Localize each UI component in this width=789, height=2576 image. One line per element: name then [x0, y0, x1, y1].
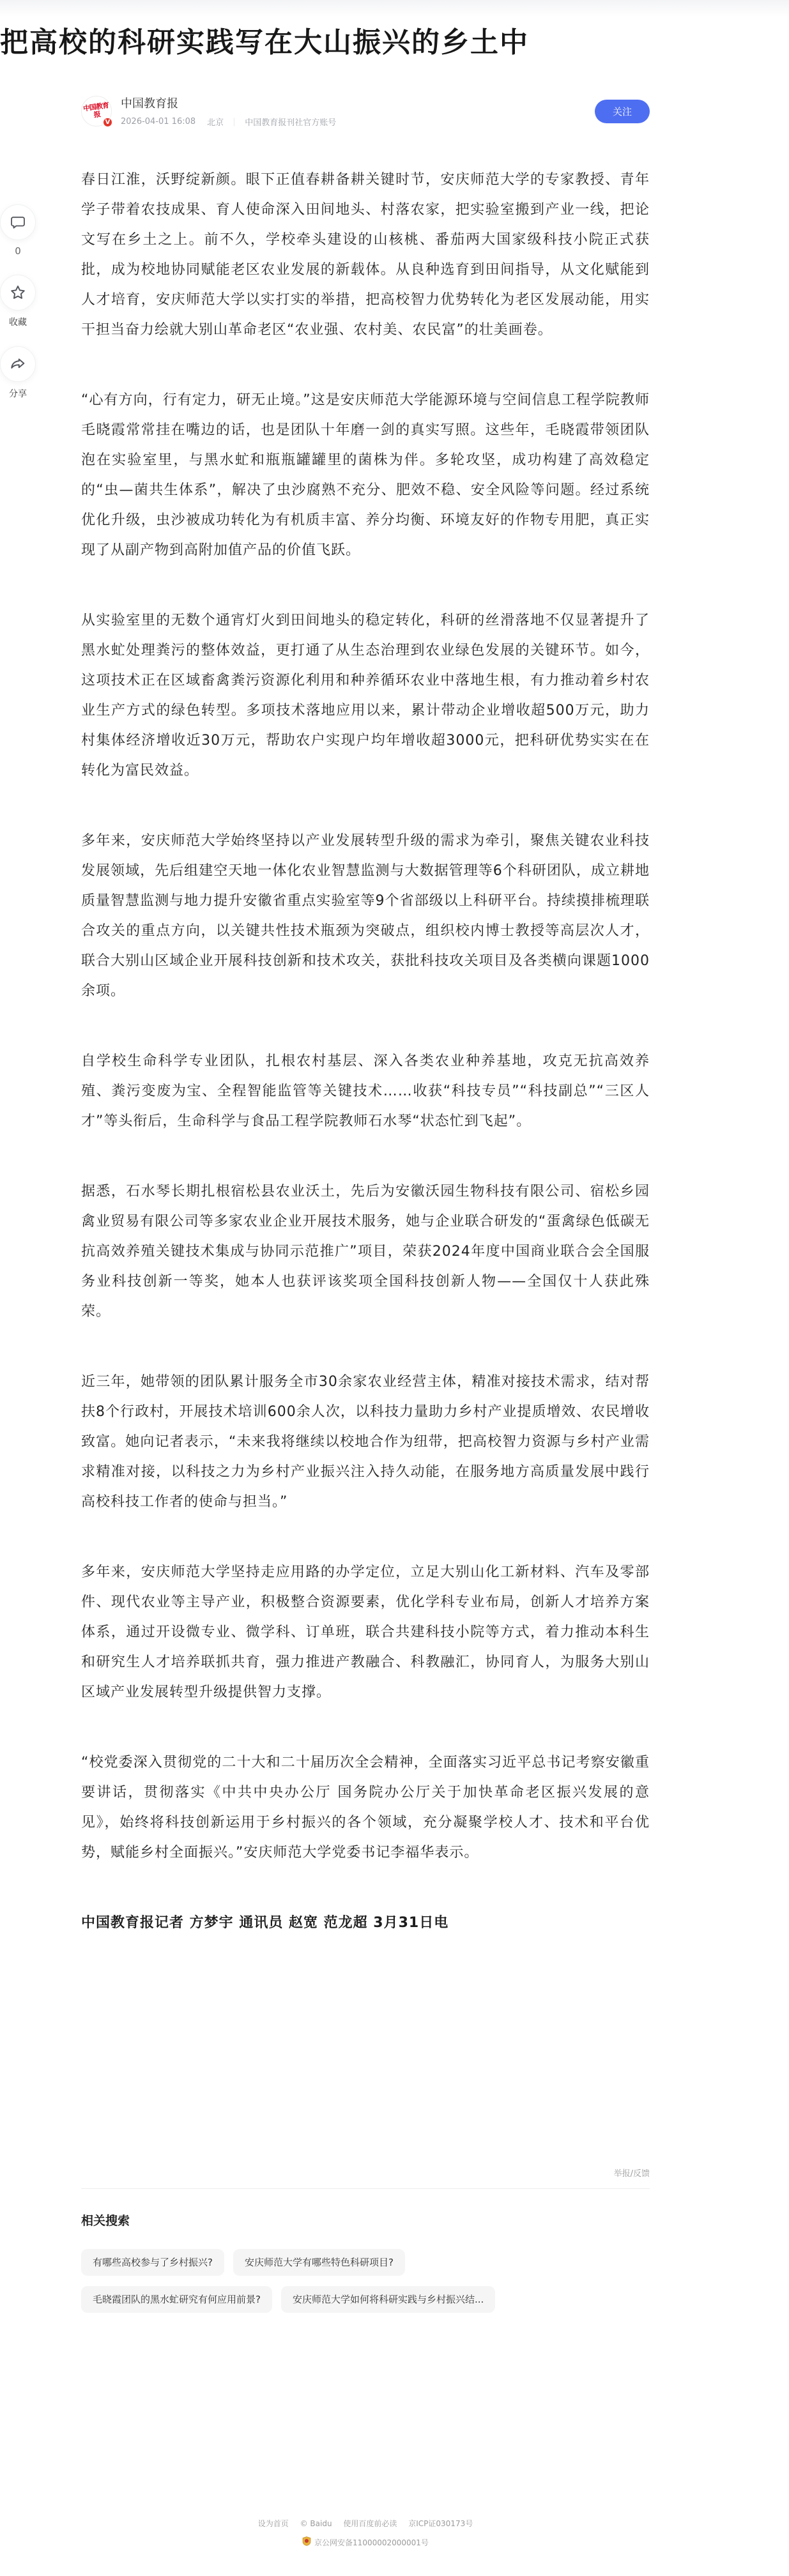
related-search-title: 相关搜索: [81, 2211, 650, 2229]
report-row: 举报/反馈: [81, 2167, 650, 2179]
follow-button[interactable]: 关注: [595, 100, 650, 123]
security-record-line: 京公网安备11000002000001号: [81, 2536, 650, 2548]
icp-license-link[interactable]: 京ICP证030173号: [408, 2519, 473, 2528]
related-chip-row: 毛晓霞团队的黑水虻研究有何应用前景? 安庆师范大学如何将科研实践与乡村振兴结..…: [81, 2286, 650, 2313]
share-label: 分享: [9, 387, 27, 400]
publisher-avatar[interactable]: 中国教育报 V: [81, 96, 112, 126]
before-use-link[interactable]: 使用百度前必读: [343, 2519, 397, 2528]
paragraph: 春日江淮，沃野绽新颜。眼下正值春耕备耕关键时节，安庆师范大学的专家教授、青年学子…: [81, 165, 650, 345]
comment-action: 0: [0, 204, 36, 257]
share-action: 分享: [0, 346, 36, 400]
copyright-text: © Baidu: [300, 2519, 332, 2528]
publisher-name[interactable]: 中国教育报: [121, 95, 595, 111]
comment-button[interactable]: [0, 204, 36, 240]
publisher-info: 中国教育报 2026-04-01 16:08 北京 ｜ 中国教育报刊社官方账号: [121, 95, 595, 128]
byline: 中国教育报记者 方梦宇 通讯员 赵宽 范龙超 3月31日电: [81, 1908, 650, 1938]
favorite-label: 收藏: [9, 316, 27, 328]
paragraph: “校党委深入贯彻党的二十大和二十届历次全会精神，全面落实习近平总书记考察安徽重要…: [81, 1748, 650, 1868]
publisher-header: 中国教育报 V 中国教育报 2026-04-01 16:08 北京 ｜ 中国教育…: [81, 95, 650, 128]
share-button[interactable]: [0, 346, 36, 382]
set-home-link[interactable]: 设为首页: [258, 2519, 289, 2528]
paragraph: 自学校生命科学专业团队，扎根农村基层、深入各类农业种养基地，攻克无抗高效养殖、粪…: [81, 1046, 650, 1136]
related-search-chip[interactable]: 安庆师范大学有哪些特色科研项目?: [233, 2249, 405, 2276]
section-divider: [81, 2188, 650, 2189]
report-feedback-link[interactable]: 举报/反馈: [614, 2169, 650, 2179]
related-search-section: 相关搜索 有哪些高校参与了乡村振兴? 安庆师范大学有哪些特色科研项目? 毛晓霞团…: [81, 2211, 650, 2313]
paragraph: 据悉，石水琴长期扎根宿松县农业沃土，先后为安徽沃园生物科技有限公司、宿松乡园禽业…: [81, 1177, 650, 1327]
security-record-link[interactable]: 京公网安备11000002000001号: [314, 2537, 429, 2548]
related-search-chip[interactable]: 有哪些高校参与了乡村振兴?: [81, 2249, 224, 2276]
footer-links-line: 设为首页 © Baidu 使用百度前必读 京ICP证030173号: [81, 2518, 650, 2529]
action-rail: 0 收藏 分享: [0, 204, 36, 418]
police-badge-icon: [302, 2536, 314, 2548]
paragraph: 从实验室里的无数个通宵灯火到田间地头的稳定转化，科研的丝滑落地不仅显著提升了黑水…: [81, 606, 650, 786]
page-top-fade: [0, 0, 789, 17]
related-chip-row: 有哪些高校参与了乡村振兴? 安庆师范大学有哪些特色科研项目?: [81, 2249, 650, 2276]
favorite-action: 收藏: [0, 275, 36, 328]
page-footer: 设为首页 © Baidu 使用百度前必读 京ICP证030173号 京公网安备1…: [81, 2518, 650, 2548]
related-search-chip[interactable]: 安庆师范大学如何将科研实践与乡村振兴结...: [281, 2286, 495, 2313]
paragraph: 多年来，安庆师范大学始终坚持以产业发展转型升级的需求为牵引，聚焦关键农业科技发展…: [81, 826, 650, 1006]
favorite-button[interactable]: [0, 275, 36, 310]
page-title: 把高校的科研实践写在大山振兴的乡土中: [0, 24, 613, 61]
star-icon: [9, 284, 27, 301]
comment-bubble-icon: [10, 214, 26, 231]
paragraph: 近三年，她带领的团队累计服务全市30余家农业经营主体，精准对接技术需求，结对帮扶…: [81, 1367, 650, 1517]
paragraph: 多年来，安庆师范大学坚持走应用路的办学定位，立足大别山化工新材料、汽车及零部件、…: [81, 1557, 650, 1707]
share-arrow-icon: [9, 355, 27, 373]
paragraph: “心有方向，行有定力，研无止境。”这是安庆师范大学能源环境与空间信息工程学院教师…: [81, 385, 650, 565]
comment-count: 0: [15, 245, 21, 257]
related-search-chip[interactable]: 毛晓霞团队的黑水虻研究有何应用前景?: [81, 2286, 272, 2313]
article-body: 春日江淮，沃野绽新颜。眼下正值春耕备耕关键时节，安庆师范大学的专家教授、青年学子…: [81, 125, 650, 1938]
